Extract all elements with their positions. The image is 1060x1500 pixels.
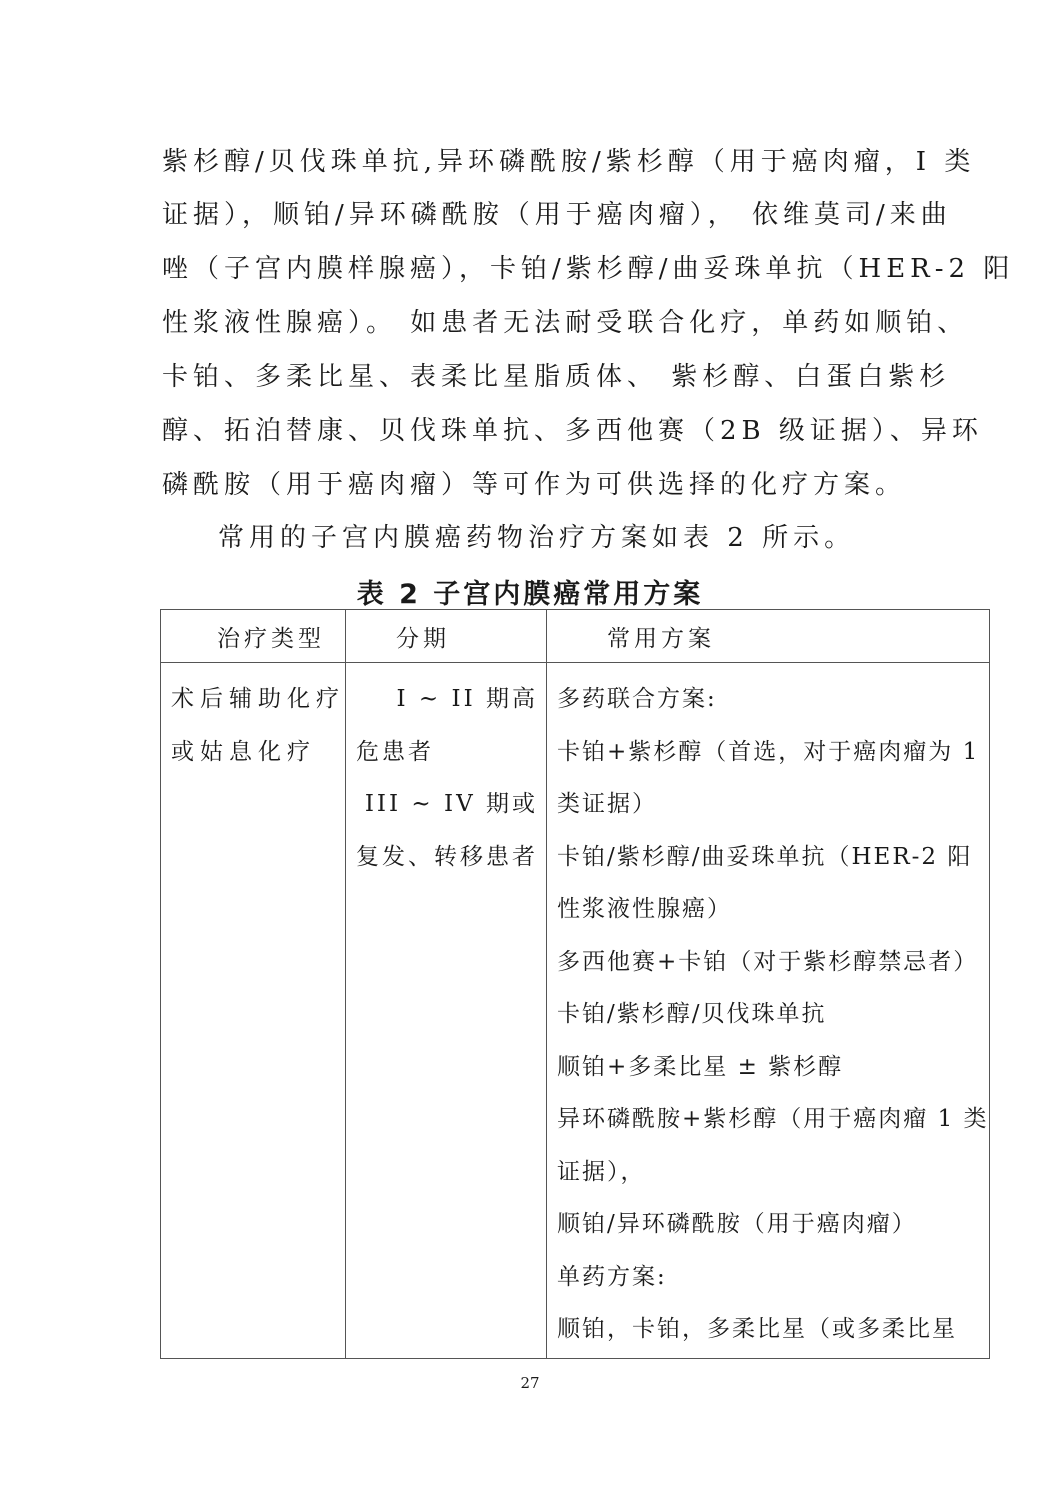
header-stage: 分期 [346, 610, 547, 663]
cell-line: 卡铂+紫杉醇（首选，对于癌肉瘤为 1 [547, 726, 989, 779]
header-treatment-type: 治疗类型 [161, 610, 346, 663]
paragraph-line: 紫杉醇/贝伐珠单抗,异环磷酰胺/紫杉醇（用于癌肉瘤，I 类 [162, 147, 975, 177]
cell-line: 类证据） [547, 778, 989, 831]
cell-line: III ~ IV 期或 [346, 778, 546, 831]
cell-line: 或姑息化疗 [161, 726, 345, 779]
cell-line: 术后辅助化疗 [161, 673, 345, 726]
table-row: 术后辅助化疗 或姑息化疗 I ~ II 期高 危患者 III ~ IV 期或 复… [161, 663, 990, 1359]
cell-line: 多药联合方案: [547, 673, 989, 726]
paragraph-line: 证据），顺铂/异环磷酰胺（用于癌肉瘤）， 依维莫司/来曲 [162, 200, 952, 230]
cell-line: 异环磷酰胺+紫杉醇（用于癌肉瘤 1 类 [547, 1093, 989, 1146]
page-number: 27 [0, 1374, 1060, 1392]
cell-line: 证据）， [547, 1146, 989, 1199]
paragraph-line: 唑（子宫内膜样腺癌），卡铂/紫杉醇/曲妥珠单抗（HER-2 阳 [162, 254, 1014, 284]
cell-line: 复发、转移患者 [346, 831, 546, 884]
cell-line: 卡铂/紫杉醇/贝伐珠单抗 [547, 988, 989, 1041]
cell-line: I ~ II 期高 [346, 673, 546, 726]
cell-line: 性浆液性腺癌） [547, 883, 989, 936]
paragraph-line: 性浆液性腺癌）。 如患者无法耐受联合化疗，单药如顺铂、 [162, 308, 968, 338]
regimen-table: 治疗类型 分期 常用方案 术后辅助化疗 或姑息化疗 I ~ II 期高 危患者 … [160, 609, 990, 1359]
paragraph-line: 卡铂、多柔比星、表柔比星脂质体、 紫杉醇、白蛋白紫杉 [162, 362, 950, 392]
cell-line: 顺铂，卡铂，多柔比星（或多柔比星 [547, 1303, 989, 1356]
intro-line: 常用的子宫内膜癌药物治疗方案如表 2 所示。 [218, 523, 855, 553]
paragraph-line: 醇、拓泊替康、贝伐珠单抗、多西他赛（2B 级证据）、异环 [162, 416, 983, 446]
table-header-row: 治疗类型 分期 常用方案 [161, 610, 990, 663]
paragraph-line: 磷酰胺（用于癌肉瘤）等可作为可供选择的化疗方案。 [162, 470, 906, 500]
cell-line: 危患者 [346, 726, 546, 779]
cell-stage: I ~ II 期高 危患者 III ~ IV 期或 复发、转移患者 [346, 663, 547, 1359]
cell-line: 顺铂/异环磷酰胺（用于癌肉瘤） [547, 1198, 989, 1251]
cell-line: 多西他赛+卡铂（对于紫杉醇禁忌者） [547, 936, 989, 989]
cell-line: 单药方案: [547, 1251, 989, 1304]
cell-line: 卡铂/紫杉醇/曲妥珠单抗（HER-2 阳 [547, 831, 989, 884]
header-regimen: 常用方案 [547, 610, 990, 663]
table-caption: 表 2 子宫内膜癌常用方案 [0, 572, 1060, 611]
cell-regimens: 多药联合方案: 卡铂+紫杉醇（首选，对于癌肉瘤为 1 类证据） 卡铂/紫杉醇/曲… [547, 663, 990, 1359]
cell-line: 顺铂+多柔比星 ± 紫杉醇 [547, 1041, 989, 1094]
cell-treatment-type: 术后辅助化疗 或姑息化疗 [161, 663, 346, 1359]
